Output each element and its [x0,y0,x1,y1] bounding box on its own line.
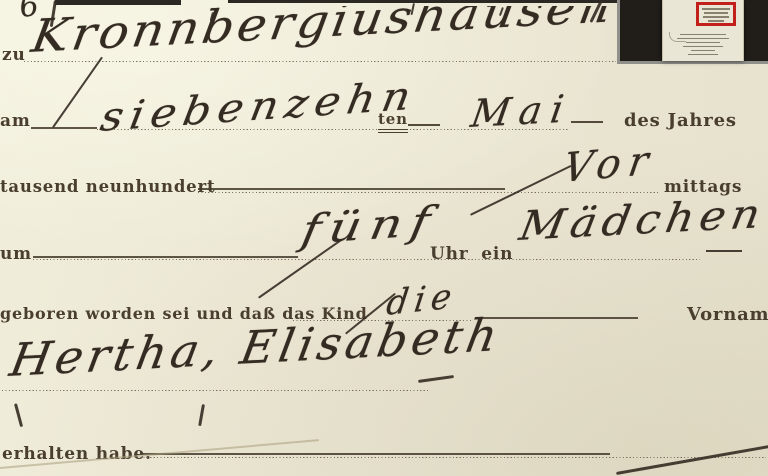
navigator-page-thumbnail[interactable] [662,0,744,61]
entry-rule [33,258,700,260]
form-label-vornamen: Vornamen [687,304,768,325]
entry-rule [31,127,97,129]
printed-dash [408,124,440,126]
entry-rule [33,256,298,258]
entry-rule [198,191,660,193]
form-label-um: um [0,244,32,264]
entry-child: Mädchen [516,191,768,250]
entry-place-clip: Kronnbergiushausen Bhab [26,6,617,84]
thumbnail-squiggle [669,32,686,42]
form-suffix-ten: ten [378,110,408,133]
navigator-panel[interactable] [617,0,768,64]
form-label-zu: zu [2,45,26,65]
document-scan[interactable]: 6 zu Kronnbergiushausen Bhab am siebenze… [0,0,768,476]
form-label-des-jahres: des Jahres [624,110,737,131]
entry-dash [418,375,454,382]
entry-hour: fünf [298,198,442,254]
entry-month: Mai [468,86,576,136]
flourish-stroke [198,404,204,426]
entry-place: Kronnbergiushausen Bhab [28,6,617,63]
navigator-viewport-rect[interactable] [696,2,736,26]
signature-flourish-stroke [616,445,768,475]
entry-rule [2,389,428,391]
entry-daytime: Vor [560,137,659,192]
entry-rule [198,188,505,190]
flourish-stroke [14,403,23,427]
printed-dash [571,121,603,123]
form-label-uhr-ein: Uhr ein [430,244,513,264]
form-label-am: am [0,111,31,131]
form-label-tausend-neunhundert: tausend neunhundert [0,177,215,196]
entry-rule [140,456,766,458]
scan-edge-strip [55,0,181,5]
entry-rule [140,453,610,455]
entry-dash [706,250,742,252]
viewport-text-lines [701,6,731,22]
scan-edge-strip [228,0,620,3]
